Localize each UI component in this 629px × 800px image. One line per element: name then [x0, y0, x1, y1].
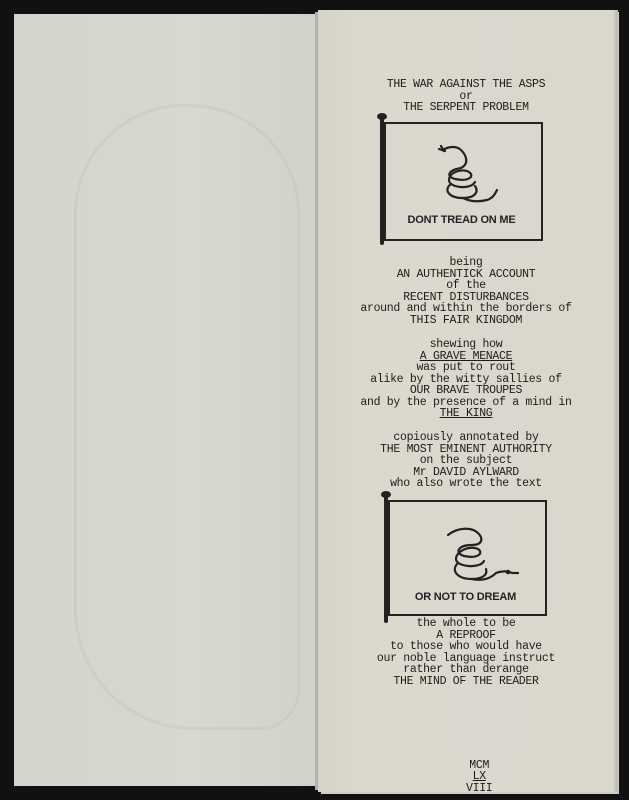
flag-motto: OR NOT TO DREAM [398, 591, 533, 603]
menace-line: was put to rout [318, 362, 614, 374]
flag-or-not-to-dream: OR NOT TO DREAM [384, 495, 549, 625]
flag-dont-tread-on-me: DONT TREAD ON ME [380, 117, 545, 247]
account-line: being [318, 257, 614, 269]
reproof-line: rather than derange [318, 664, 614, 676]
author-line: who also wrote the text [318, 478, 614, 490]
reproof-line: to those who would have [318, 641, 614, 653]
show-through-outline [74, 104, 300, 730]
subtitle-line: THE SERPENT PROBLEM [318, 102, 614, 114]
title-line: THE WAR AGAINST THE ASPS [318, 79, 614, 91]
section-menace: shewing how A GRAVE MENACE was put to ro… [318, 339, 614, 420]
title-block: THE WAR AGAINST THE ASPS or THE SERPENT … [318, 79, 614, 114]
coiled-snake-icon [442, 525, 522, 585]
menace-line: shewing how [318, 339, 614, 351]
author-line: copiously annotated by [318, 432, 614, 444]
section-reproof: the whole to be A REPROOF to those who w… [318, 618, 614, 687]
flag-pole-finial [381, 491, 391, 498]
menace-line: OUR BRAVE TROUPES [318, 385, 614, 397]
left-page [14, 14, 315, 786]
reproof-line: the whole to be [318, 618, 614, 630]
flag-motto: DONT TREAD ON ME [394, 214, 529, 226]
account-line: around and within the borders of [318, 303, 614, 315]
flag-pole-finial [377, 113, 387, 120]
section-account: being AN AUTHENTICK ACCOUNT of the RECEN… [318, 257, 614, 326]
author-line: on the subject [318, 455, 614, 467]
date-part: VIII [466, 782, 492, 795]
menace-line: THE KING [318, 408, 614, 420]
account-line: of the [318, 280, 614, 292]
reproof-line: THE MIND OF THE READER [318, 676, 614, 688]
account-line: THIS FAIR KINGDOM [318, 315, 614, 327]
coiled-snake-icon [435, 142, 510, 207]
section-author: copiously annotated by THE MOST EMINENT … [318, 432, 614, 490]
publication-date: MCM LX VIII [318, 748, 614, 800]
